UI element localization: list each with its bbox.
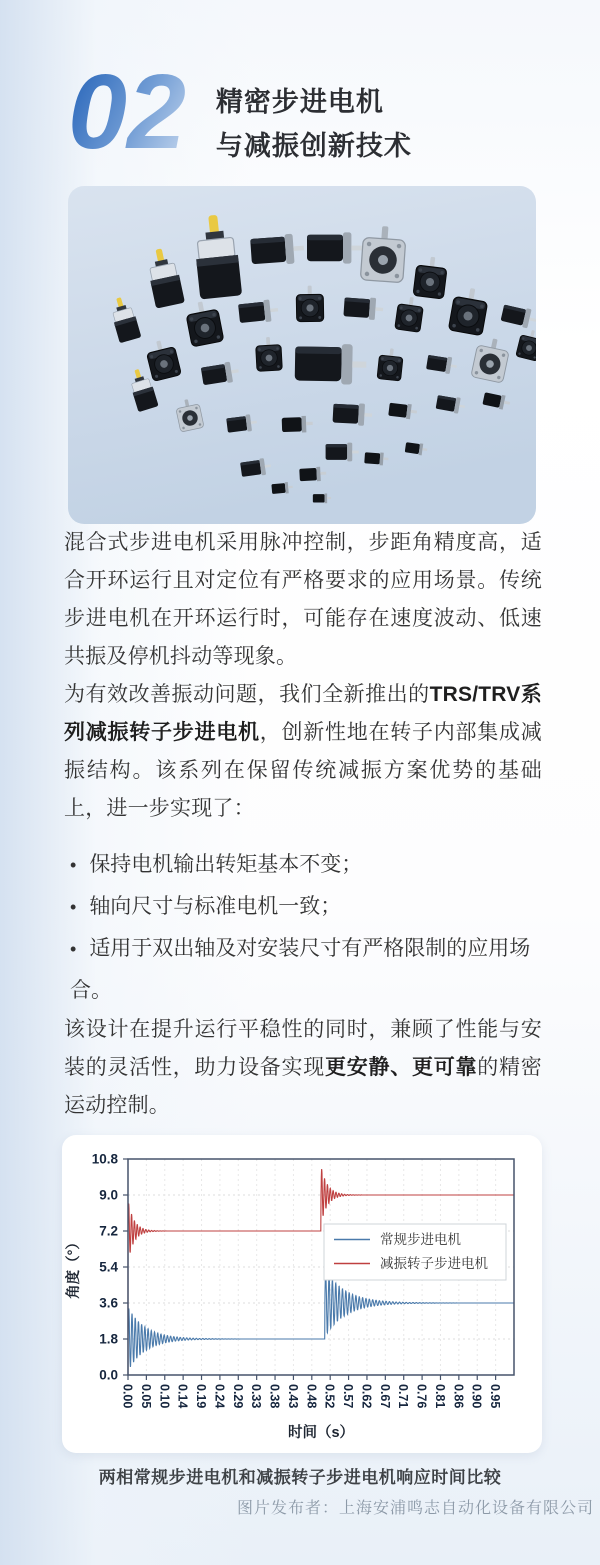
chart-caption: 两相常规步进电机和减振转子步进电机响应时间比较 bbox=[0, 1463, 600, 1488]
svg-text:0.29: 0.29 bbox=[231, 1384, 245, 1408]
svg-text:0.0: 0.0 bbox=[99, 1368, 118, 1383]
svg-text:0.90: 0.90 bbox=[470, 1384, 484, 1408]
feature-list: 保持电机输出转矩基本不变； 轴向尺寸与标准电机一致； 适用于双出轴及对安装尺寸有… bbox=[64, 844, 542, 1011]
svg-text:0.67: 0.67 bbox=[378, 1384, 392, 1408]
svg-text:0.71: 0.71 bbox=[396, 1384, 410, 1408]
section-header: 02 精密步进电机 与减振创新技术 bbox=[0, 0, 600, 168]
svg-text:7.2: 7.2 bbox=[99, 1224, 118, 1239]
section-number: 02 bbox=[68, 64, 196, 162]
response-time-chart: 0.01.83.65.47.29.010.80.000.050.100.140.… bbox=[62, 1141, 542, 1447]
paragraph-series-prefix: 为有效改善振动问题，我们全新推出的 bbox=[64, 683, 430, 706]
feature-item-applications: 适用于双出轴及对安装尺寸有严格限制的应用场合。 bbox=[70, 928, 542, 1011]
svg-text:10.8: 10.8 bbox=[92, 1152, 119, 1167]
svg-text:0.76: 0.76 bbox=[415, 1384, 429, 1408]
svg-text:0.38: 0.38 bbox=[268, 1384, 282, 1408]
svg-text:9.0: 9.0 bbox=[99, 1188, 118, 1203]
feature-item-dimensions: 轴向尺寸与标准电机一致； bbox=[70, 886, 542, 928]
svg-text:0.48: 0.48 bbox=[304, 1384, 318, 1408]
section-title: 精密步进电机 与减振创新技术 bbox=[216, 80, 412, 168]
section-title-line2: 与减振创新技术 bbox=[216, 124, 412, 168]
svg-text:0.00: 0.00 bbox=[121, 1384, 135, 1408]
svg-text:0.81: 0.81 bbox=[433, 1384, 447, 1408]
svg-text:3.6: 3.6 bbox=[99, 1296, 118, 1311]
svg-text:时间（s）: 时间（s） bbox=[288, 1423, 354, 1441]
stepper-motors-photo bbox=[68, 186, 536, 524]
section-title-line1: 精密步进电机 bbox=[216, 80, 412, 124]
svg-text:0.86: 0.86 bbox=[451, 1384, 465, 1408]
svg-text:1.8: 1.8 bbox=[99, 1332, 118, 1347]
article-page: 02 精密步进电机 与减振创新技术 bbox=[0, 0, 600, 1565]
paragraph-benefit: 该设计在提升运行平稳性的同时，兼顾了性能与安装的灵活性，助力设备实现更安静、更可… bbox=[64, 1011, 542, 1125]
svg-text:0.10: 0.10 bbox=[157, 1384, 171, 1408]
svg-text:0.19: 0.19 bbox=[194, 1384, 208, 1408]
paragraph-series: 为有效改善振动问题，我们全新推出的TRS/TRV系列减振转子步进电机，创新性地在… bbox=[64, 676, 542, 828]
svg-text:0.33: 0.33 bbox=[249, 1384, 263, 1408]
svg-text:角度（°）: 角度（°） bbox=[64, 1235, 82, 1299]
svg-text:5.4: 5.4 bbox=[99, 1260, 118, 1275]
svg-text:常规步进电机: 常规步进电机 bbox=[380, 1231, 461, 1247]
benefit-bold: 更安静、更可靠 bbox=[325, 1056, 477, 1079]
svg-text:减振转子步进电机: 减振转子步进电机 bbox=[380, 1255, 488, 1271]
image-publisher: 图片发布者：上海安浦鸣志自动化设备有限公司 bbox=[0, 1495, 600, 1518]
svg-text:0.62: 0.62 bbox=[359, 1384, 373, 1408]
svg-text:0.14: 0.14 bbox=[176, 1384, 190, 1408]
chart-card: 0.01.83.65.47.29.010.80.000.050.100.140.… bbox=[62, 1135, 542, 1453]
article-body: 混合式步进电机采用脉冲控制，步距角精度高，适合开环运行且对定位有严格要求的应用场… bbox=[0, 524, 600, 1125]
svg-text:0.24: 0.24 bbox=[212, 1384, 226, 1408]
paragraph-intro: 混合式步进电机采用脉冲控制，步距角精度高，适合开环运行且对定位有严格要求的应用场… bbox=[64, 524, 542, 676]
svg-text:0.95: 0.95 bbox=[488, 1384, 502, 1408]
feature-item-torque: 保持电机输出转矩基本不变； bbox=[70, 844, 542, 886]
motors-collage-image bbox=[68, 186, 536, 524]
svg-text:0.57: 0.57 bbox=[341, 1384, 355, 1408]
svg-text:0.52: 0.52 bbox=[323, 1384, 337, 1408]
svg-text:0.43: 0.43 bbox=[286, 1384, 300, 1408]
svg-text:0.05: 0.05 bbox=[139, 1384, 153, 1408]
